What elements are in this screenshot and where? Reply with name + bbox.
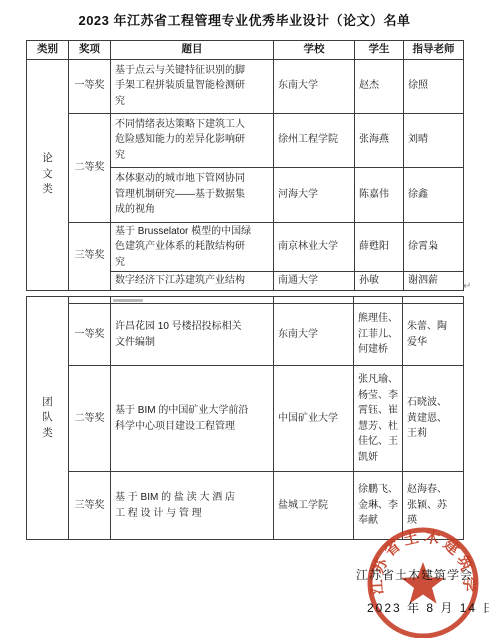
- title-cell: 不同情绪表达策略下建筑工人 危险感知能力的差异化影响研 究: [111, 113, 274, 167]
- advisor-cell: 谢泗薪: [404, 272, 464, 291]
- award-cell: 三等奖: [69, 222, 111, 290]
- title-cell: 许昌花园 10 号楼招投标相关 文件编制: [111, 304, 274, 366]
- cut-off-row: 团 队 类: [27, 297, 464, 304]
- advisor-cell: 徐鑫: [404, 167, 464, 222]
- school-cell: 盐城工学院: [274, 472, 354, 540]
- empty-cell: [274, 297, 354, 304]
- header-title: 题目: [111, 41, 274, 60]
- students-cell: 熊理佳、 江菲儿、 何建桥: [354, 304, 403, 366]
- issuer-organization: 江苏省土木建筑学会: [356, 566, 473, 583]
- student-cell: 陈嘉伟: [355, 167, 404, 222]
- advisors-cell: 石晓波、 黄建恩、 王莉: [403, 366, 464, 472]
- school-cell: 河海大学: [274, 167, 355, 222]
- title-cell: 基于 BIM 的中国矿业大学前沿 科学中心项目建设工程管理: [111, 366, 274, 472]
- table-row: 论 文 类 一等奖 基于点云与关键特征识别的脚 手架工程拼装质量智能检测研 究 …: [27, 59, 464, 113]
- student-cell: 赵杰: [355, 59, 404, 113]
- advisor-cell: 徐照: [404, 59, 464, 113]
- table-row: 一等奖 许昌花园 10 号楼招投标相关 文件编制 东南大学 熊理佳、 江菲儿、 …: [27, 304, 464, 366]
- students-cell: 张凡瑜、 杨莹、李 霄钰、崔 慧芳、杜 佳忆、王 凯妍: [354, 366, 403, 472]
- page-title: 2023 年江苏省工程管理专业优秀毕业设计（论文）名单: [0, 10, 489, 29]
- advisors-cell: 朱蕾、陶 爱华: [403, 304, 464, 366]
- award-cell: 一等奖: [69, 304, 111, 366]
- header-award: 奖项: [69, 41, 111, 60]
- school-cell: 南京林业大学: [274, 222, 355, 272]
- award-cell: 一等奖: [69, 59, 111, 113]
- award-cell: 三等奖: [69, 472, 111, 540]
- empty-cell: [69, 297, 111, 304]
- category-team: 团 队 类: [27, 297, 69, 540]
- thesis-award-table: 类别 奖项 题目 学校 学生 指导老师 论 文 类 一等奖 基于点云与关键特征识…: [26, 40, 464, 291]
- cut-text-remnant: [111, 297, 274, 304]
- empty-cell: [354, 297, 403, 304]
- header-advisor: 指导老师: [404, 41, 464, 60]
- title-cell: 数字经济下江苏建筑产业结构: [111, 272, 274, 291]
- text-smudge: [113, 299, 143, 302]
- paragraph-return-mark: ↵: [463, 281, 471, 292]
- table-row: 三等奖 基于 Brusselator 模型的中国绿 色建筑产业体系的耗散结构研 …: [27, 222, 464, 272]
- student-cell: 薛甦阳: [355, 222, 404, 272]
- school-cell: 东南大学: [274, 59, 355, 113]
- award-cell: 二等奖: [69, 366, 111, 472]
- title-cell: 基于点云与关键特征识别的脚 手架工程拼装质量智能检测研 究: [111, 59, 274, 113]
- team-award-table: 团 队 类 一等奖 许昌花园 10 号楼招投标相关 文件编制 东南大学 熊理佳、…: [26, 296, 464, 540]
- empty-cell: [403, 297, 464, 304]
- school-cell: 徐州工程学院: [274, 113, 355, 167]
- award-cell: 二等奖: [69, 113, 111, 222]
- header-student: 学生: [355, 41, 404, 60]
- student-cell: 孙敏: [355, 272, 404, 291]
- category-thesis: 论 文 类: [27, 59, 69, 290]
- header-school: 学校: [274, 41, 355, 60]
- issue-date: 2023 年 8 月 14 日: [367, 599, 489, 616]
- student-cell: 张海燕: [355, 113, 404, 167]
- table-row: 二等奖 基于 BIM 的中国矿业大学前沿 科学中心项目建设工程管理 中国矿业大学…: [27, 366, 464, 472]
- school-cell: 东南大学: [274, 304, 354, 366]
- school-cell: 中国矿业大学: [274, 366, 354, 472]
- table-header-row: 类别 奖项 题目 学校 学生 指导老师: [27, 41, 464, 60]
- advisor-cell: 徐霄枭: [404, 222, 464, 272]
- title-cell: 基 于 BIM 的 盐 渎 大 酒 店 工 程 设 计 与 管 理: [111, 472, 274, 540]
- title-cell: 本体驱动的城市地下管网协同 管理机制研究——基于数据集 成的视角: [111, 167, 274, 222]
- school-cell: 南通大学: [274, 272, 355, 291]
- header-category: 类别: [27, 41, 69, 60]
- table-row: 二等奖 不同情绪表达策略下建筑工人 危险感知能力的差异化影响研 究 徐州工程学院…: [27, 113, 464, 167]
- title-cell: 基于 Brusselator 模型的中国绿 色建筑产业体系的耗散结构研 究: [111, 222, 274, 272]
- advisor-cell: 刘晴: [404, 113, 464, 167]
